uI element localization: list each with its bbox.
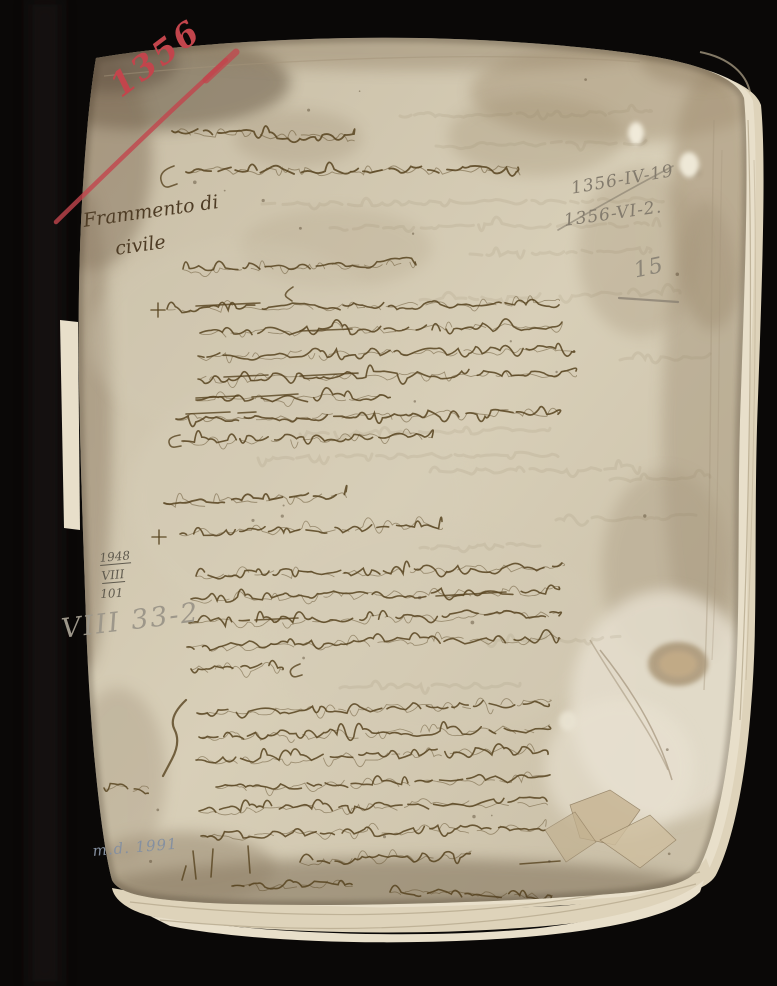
manuscript-photo: 1356 1356-IV-19 1356-VI-2. 15 1948 VIII …: [0, 0, 777, 986]
archive-stamp-volume: VIII: [101, 568, 125, 584]
archive-stamp-year: 1948: [99, 549, 131, 566]
page-artwork: [0, 0, 777, 986]
folio-number: 15: [632, 255, 666, 283]
book-spine-shadow: [28, 0, 62, 986]
archive-stamp-number: 101: [100, 587, 124, 600]
